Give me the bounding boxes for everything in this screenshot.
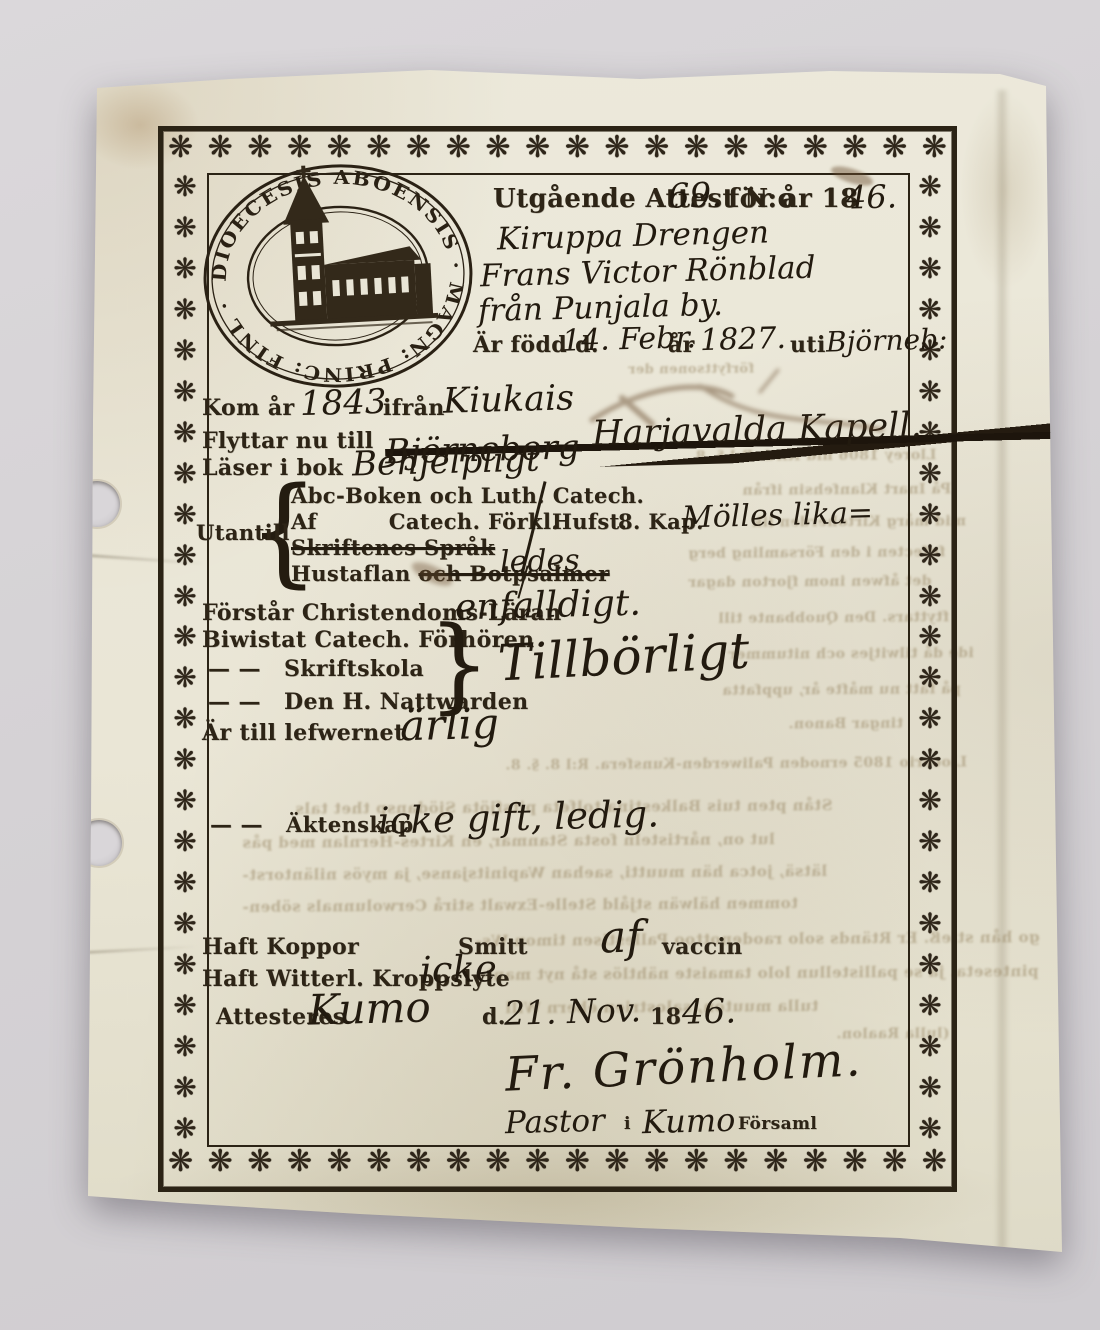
by-heart-item-struck: Skriftenes Språk — [291, 535, 495, 560]
rosette-ornament-icon: ❋ — [173, 501, 196, 529]
rosette-ornament-icon: ❋ — [604, 1147, 629, 1185]
rosette-ornament-icon: ❋ — [918, 623, 941, 651]
rosette-ornament-icon: ❋ — [485, 1147, 510, 1185]
rosette-ornament-icon: ❋ — [173, 623, 196, 651]
header-printed-year: för år 18 — [728, 184, 859, 214]
rosette-ornament-icon: ❋ — [882, 1147, 907, 1185]
ditto-dashes: — — — [208, 689, 261, 715]
signature-title-handwritten: Pastor — [505, 1103, 606, 1142]
paper-sheet: förfyttsonen derLlorey 1806 nid Kird. R:… — [0, 0, 1100, 1330]
rosette-ornament-icon: ❋ — [287, 1147, 312, 1185]
rosette-ornament-icon: ❋ — [168, 133, 193, 171]
rosette-ornament-icon: ❋ — [173, 1033, 196, 1061]
rosette-ornament-icon: ❋ — [173, 910, 196, 938]
rosette-ornament-icon: ❋ — [763, 133, 788, 171]
attested-year-handwritten: 46. — [681, 991, 736, 1032]
rosette-ornament-icon: ❋ — [763, 1147, 788, 1185]
rosette-ornament-icon: ❋ — [173, 705, 196, 733]
rosette-ornament-icon: ❋ — [173, 664, 196, 692]
rosette-ornament-icon: ❋ — [918, 460, 941, 488]
rosette-ornament-icon: ❋ — [918, 1033, 941, 1061]
rosette-ornament-icon: ❋ — [208, 1147, 233, 1185]
rosette-ornament-icon: ❋ — [565, 133, 590, 171]
by-heart-label: Utantill — [196, 520, 290, 545]
rosette-ornament-icon: ❋ — [565, 1147, 590, 1185]
by-heart-item-hustaflan: Hustaflan — [291, 561, 411, 586]
came-year-handwritten: 1843 — [299, 382, 387, 424]
photograph-of-certificate: förfyttsonen derLlorey 1806 nid Kird. R:… — [0, 0, 1100, 1330]
rosette-ornament-icon: ❋ — [173, 828, 196, 856]
rosette-ornament-icon: ❋ — [918, 501, 941, 529]
reads-in-book-handwritten: Behjelpligt — [352, 440, 540, 485]
confirmation-school-label: Skriftskola — [284, 656, 424, 682]
rosette-ornament-icon: ❋ — [485, 133, 510, 171]
rosette-ornament-icon: ❋ — [644, 133, 669, 171]
had-smallpox-label: Haft Koppor — [202, 934, 359, 960]
attest-year-handwritten: 46. — [846, 177, 898, 216]
rosette-ornament-icon: ❋ — [918, 746, 941, 774]
rosette-ornament-icon: ❋ — [525, 133, 550, 171]
vaccine-label: vaccin — [662, 934, 743, 960]
rosette-ornament-icon: ❋ — [918, 828, 941, 856]
rosette-ornament-icon: ❋ — [406, 1147, 431, 1185]
rosette-ornament-icon: ❋ — [684, 133, 709, 171]
rosette-ornament-icon: ❋ — [918, 173, 941, 201]
rosette-ornament-icon: ❋ — [173, 1074, 196, 1102]
attested-century-label: 18 — [650, 1004, 681, 1030]
born-place-handwritten: Björneb: — [826, 322, 948, 358]
rosette-ornament-icon: ❋ — [918, 951, 941, 979]
rosette-ornament-icon: ❋ — [918, 992, 941, 1020]
diocese-seal: DIOECESIS ABOENSIS · MAGN: PRINC: FINL · — [192, 151, 484, 401]
rosette-ornament-icon: ❋ — [684, 1147, 709, 1185]
smallpox-by-handwritten: af — [599, 911, 643, 963]
rosette-border-bottom: ❋❋❋❋❋❋❋❋❋❋❋❋❋❋❋❋❋❋❋❋ — [168, 1147, 947, 1185]
rosette-ornament-icon: ❋ — [922, 133, 947, 171]
rosette-ornament-icon: ❋ — [803, 133, 828, 171]
came-from-place-handwritten: Kiukais — [442, 378, 574, 421]
rosette-ornament-icon: ❋ — [525, 1147, 550, 1185]
rosette-ornament-icon: ❋ — [173, 869, 196, 897]
rosette-ornament-icon: ❋ — [446, 1147, 471, 1185]
born-year-handwritten: 1827. — [700, 321, 787, 358]
ditto-dashes: — — — [208, 656, 261, 682]
paper-fold-shadow — [995, 90, 1009, 1250]
rosette-ornament-icon: ❋ — [882, 133, 907, 171]
rosette-ornament-icon: ❋ — [918, 378, 941, 406]
age-stain — [960, 90, 1050, 290]
rosette-ornament-icon: ❋ — [803, 1147, 828, 1185]
rosette-ornament-icon: ❋ — [366, 1147, 391, 1185]
by-heart-item: Abc-Boken och Luth. Catech. — [291, 483, 644, 508]
rosette-ornament-icon: ❋ — [173, 337, 196, 365]
paper-sheet-wrap: förfyttsonen derLlorey 1806 nid Kird. R:… — [0, 0, 1100, 1330]
rosette-ornament-icon: ❋ — [173, 992, 196, 1020]
parish-label: Församl — [738, 1114, 817, 1134]
came-from-label: ifrån — [383, 395, 445, 421]
attested-date-handwritten: 21. Nov. — [504, 990, 642, 1033]
conduct-handwritten: ärlig — [399, 699, 499, 751]
attest-number-handwritten: 69. — [667, 175, 722, 216]
rosette-ornament-icon: ❋ — [173, 746, 196, 774]
rosette-ornament-icon: ❋ — [173, 460, 196, 488]
rosette-ornament-icon: ❋ — [918, 255, 941, 283]
punch-hole — [74, 481, 120, 527]
rosette-ornament-icon: ❋ — [918, 1074, 941, 1102]
rosette-border-right: ❋❋❋❋❋❋❋❋❋❋❋❋❋❋❋❋❋❋❋❋❋❋❋❋ — [909, 173, 951, 1143]
rosette-ornament-icon: ❋ — [918, 787, 941, 815]
rosette-ornament-icon: ❋ — [644, 1147, 669, 1185]
rosette-ornament-icon: ❋ — [918, 910, 941, 938]
rosette-ornament-icon: ❋ — [173, 255, 196, 283]
born-place-label: uti — [790, 332, 826, 358]
signature-parish-handwritten: Kumo — [642, 1101, 736, 1141]
rosette-ornament-icon: ❋ — [173, 296, 196, 324]
bodily-defect-handwritten: icke — [419, 947, 497, 992]
printed-i-label: i — [624, 1114, 631, 1134]
punch-hole — [76, 820, 122, 866]
rosette-ornament-icon: ❋ — [918, 705, 941, 733]
moves-to-label: Flyttar nu till — [202, 428, 373, 454]
rosette-ornament-icon: ❋ — [247, 1147, 272, 1185]
rosette-ornament-icon: ❋ — [173, 378, 196, 406]
rosette-ornament-icon: ❋ — [922, 1147, 947, 1185]
rosette-ornament-icon: ❋ — [918, 583, 941, 611]
by-heart-item: AfCatech. Förkl. — [291, 509, 559, 534]
attested-day-label: d. — [482, 1004, 506, 1030]
rosette-ornament-icon: ❋ — [842, 1147, 867, 1185]
rosette-ornament-icon: ❋ — [173, 583, 196, 611]
rosette-ornament-icon: ❋ — [173, 787, 196, 815]
rosette-ornament-icon: ❋ — [723, 1147, 748, 1185]
rosette-ornament-icon: ❋ — [173, 214, 196, 242]
rosette-ornament-icon: ❋ — [327, 1147, 352, 1185]
rosette-ornament-icon: ❋ — [173, 542, 196, 570]
rosette-ornament-icon: ❋ — [918, 869, 941, 897]
rosette-ornament-icon: ❋ — [918, 542, 941, 570]
conduct-label: Är till lefwernet — [202, 720, 405, 746]
chief-section-label: Hufst. — [552, 509, 627, 534]
by-heart-item-af: Af — [291, 509, 317, 534]
rosette-ornament-icon: ❋ — [918, 664, 941, 692]
born-year-label: år — [668, 332, 695, 358]
came-year-label: Kom år — [202, 395, 295, 421]
by-heart-note-handwritten: Mölles lika= — [682, 496, 874, 536]
rosette-ornament-icon: ❋ — [173, 1115, 196, 1143]
rosette-ornament-icon: ❋ — [918, 1115, 941, 1143]
ditto-dashes: — — — [210, 812, 263, 838]
rosette-ornament-icon: ❋ — [604, 133, 629, 171]
rosette-ornament-icon: ❋ — [842, 133, 867, 171]
by-heart-note-handwritten: ledes — [500, 543, 581, 580]
rosette-ornament-icon: ❋ — [168, 1147, 193, 1185]
rosette-ornament-icon: ❋ — [918, 214, 941, 242]
seal-graphic: DIOECESIS ABOENSIS · MAGN: PRINC: FINL · — [192, 151, 484, 401]
rosette-ornament-icon: ❋ — [918, 296, 941, 324]
rosette-ornament-icon: ❋ — [173, 951, 196, 979]
rosette-ornament-icon: ❋ — [723, 133, 748, 171]
attested-place-handwritten: Kumo — [307, 982, 431, 1034]
rosette-ornament-icon: ❋ — [173, 419, 196, 447]
marriage-status-handwritten: icke gift, ledig. — [377, 792, 659, 842]
